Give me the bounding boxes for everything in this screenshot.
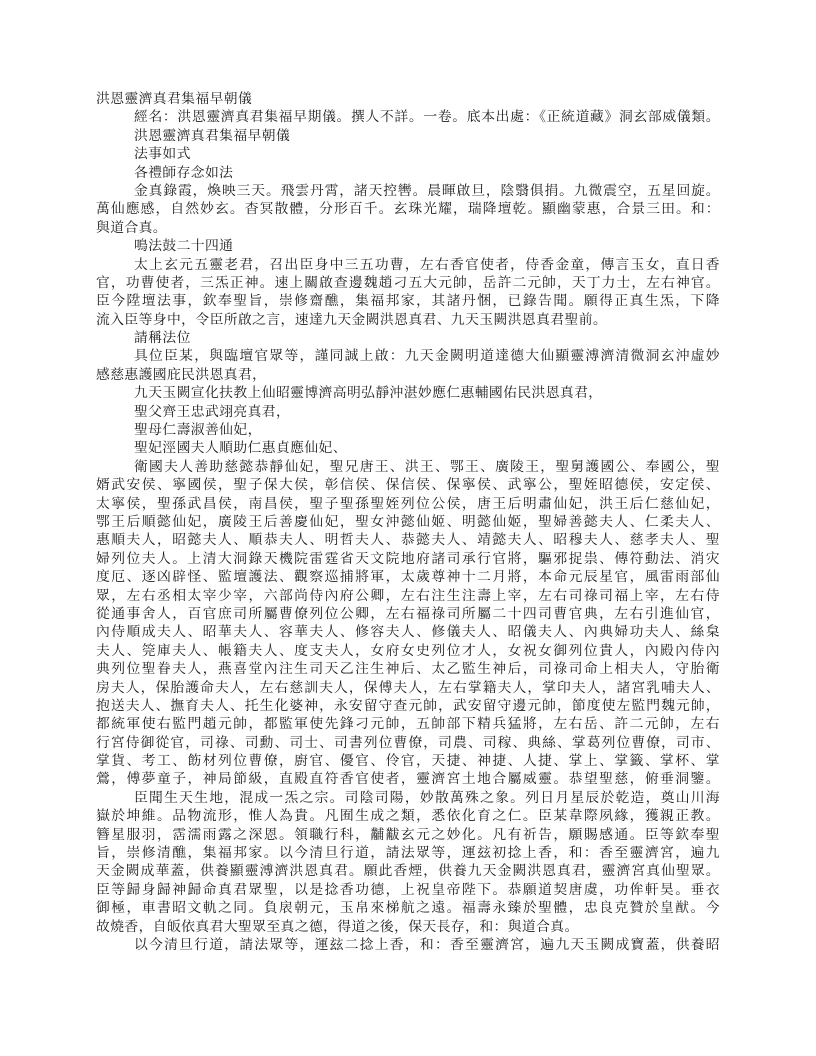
text-line: 夫人、筦庫夫人、帳籍夫人、度支夫人，女府女史列位才人，女祝女御列位貴人，內殿內侍… (96, 642, 720, 660)
text-line: 掌貨、考工、飭材列位曹僚，廚官、優官、伶官，天捷、神捷、人捷、掌上、掌籤、掌杯、… (96, 752, 720, 770)
text-line: 聖母仁壽淑善仙妃， (96, 421, 720, 439)
text-line: 金真錄霞，煥映三天。飛雲丹霄，諸天控轡。晨暉啟旦，陰翳俱捐。九微震空，五星回旋。 (96, 182, 720, 200)
text-line: 各禮師存念如法 (96, 164, 720, 182)
text-line: 內侍順成夫人、昭華夫人、容華夫人、修容夫人、修儀夫人、昭儀夫人、內典婦功夫人、絲… (96, 623, 720, 641)
text-line: 典列位聖眷夫人，燕喜堂內注生司天乙注生神后、太乙監生神后，司祿司命上相夫人，守胎… (96, 660, 720, 678)
text-line: 法事如式 (96, 145, 720, 163)
text-line: 婦列位夫人。上清大洞錄天機院雷霆省天文院地府諸司承行官將，驅邪捉祟、傳符動法、消… (96, 550, 720, 568)
text-line: 官，功曹使者，三炁正神。速上關啟查邊魏趙刁五大元帥，岳許二元帥，天丁力士，左右神… (96, 274, 720, 292)
page-text-block: 洪恩靈濟真君集福早朝儀經名：洪恩靈濟真君集福早期儀。撰人不詳。一卷。底本出處：《… (96, 90, 720, 954)
text-line: 太寧侯，聖孫武昌侯，南昌侯，聖子聖孫聖姪列位公侯，唐王后明肅仙妃，洪王后仁慈仙妃… (96, 495, 720, 513)
text-line: 惠順夫人，昭懿夫人、順恭夫人、明哲夫人、恭懿夫人、靖懿夫人、昭穆夫人、慈孝夫人、… (96, 531, 720, 549)
text-line: 衛國夫人善助慈懿恭靜仙妃，聖兄唐王、洪王、鄂王、廣陵王，聖舅護國公、奉國公，聖 (96, 458, 720, 476)
text-line: 度厄、逐凶辟怪、監壇護法、觀察巡捕將軍，太歲尊神十二月將，本命元辰星官，風雷雨部… (96, 568, 720, 586)
text-line: 太上玄元五靈老君，召出臣身中三五功曹，左右香官使者，侍香金童，傳言玉女，直日香 (96, 256, 720, 274)
text-line: 萬仙應感，自然妙玄。杳冥散體，分形百千。玄珠光耀，瑞降壇乾。顯幽蒙惠，合景三田。… (96, 200, 720, 218)
text-line: 以今清旦行道，請法眾等，運玆二捻上香，和：香至靈濟宮，遍九天玉闕成寶蓋，供養昭 (96, 936, 720, 954)
text-line: 九天玉闕宣化扶教上仙昭靈博濟高明弘靜沖湛妙應仁惠輔國佑民洪恩真君， (96, 384, 720, 402)
text-line: 請稱法位 (96, 329, 720, 347)
text-line: 流入臣等身中，令臣所啟之言，速達九天金闕洪恩真君、九天玉闕洪恩真君聖前。 (96, 311, 720, 329)
text-line: 房夫人，保胎護命夫人，左右慈訓夫人，保傅夫人，左右掌籍夫人，掌印夫人，諸宮乳哺夫… (96, 679, 720, 697)
text-line: 聖父齊王忠武翊亮真君， (96, 403, 720, 421)
text-line: 從通事舍人，百官庶司所屬曹僚列位公卿，左右福祿司所屬二十四司曹官典，左右引進仙官… (96, 605, 720, 623)
text-line: 眾，左右丞相太宰少宰，六部尚侍內府公卿，左右注生注壽上宰，左右司祿司福上宰，左右… (96, 587, 720, 605)
text-line: 故燒香，自皈依真君大聖眾至真之德，得道之後，保天長存，和：與道合真。 (96, 918, 720, 936)
text-line: 婿武安侯、寧國侯，聖子保大侯，彰信侯、保信侯、保寧侯、武寧公，聖姪昭德侯，安定侯… (96, 476, 720, 494)
text-line: 臣等歸身歸神歸命真君眾聖，以是捻香功德，上祝皇帝陛下。恭願道契唐虞，功侔軒昊。垂… (96, 881, 720, 899)
text-line: 鶯，傅夢童子，神局節級，直殿直符香官使者，靈濟宮土地合屬威靈。恭望聖慈，俯垂洞鑒… (96, 770, 720, 788)
text-line: 都統軍使右監門趙元帥，都監軍使先鋒刁元帥，五帥部下精兵猛將，左右岳、許二元帥，左… (96, 715, 720, 733)
text-line: 旨，崇修清醮，集福邦家。以今清旦行道，請法眾等，運玆初捻上香，和：香至靈濟宮，遍… (96, 844, 720, 862)
text-line: 嶽於坤維。品物流形，惟人為貴。凡囿生成之類，悉依化育之仁。臣某韋際夙緣，獲親正教… (96, 807, 720, 825)
text-line: 經名：洪恩靈濟真君集福早期儀。撰人不詳。一卷。底本出處：《正統道藏》洞玄部威儀類… (96, 108, 720, 126)
document-page: 洪恩靈濟真君集福早朝儀經名：洪恩靈濟真君集福早期儀。撰人不詳。一卷。底本出處：《… (0, 0, 816, 1056)
text-line: 具位臣某，與臨壇官眾等，謹同誠上啟：九天金闕明道達德大仙顯靈溥濟清微洞玄沖虛妙 (96, 347, 720, 365)
text-line: 天金闕成華蓋，供養顯靈溥濟洪恩真君。願此香煙，供養九天金闕洪恩真君，靈濟宮真仙聖… (96, 862, 720, 880)
text-line: 聖妃涇國夫人順助仁惠貞應仙妃、 (96, 439, 720, 457)
text-line: 與道合真。 (96, 219, 720, 237)
text-line: 洪恩靈濟真君集福早朝儀 (96, 127, 720, 145)
text-line: 簪星服羽，霑濡雨露之深恩。領職行科，黼黻玄元之妙化。凡有祈告，願賜感通。臣等欽奉… (96, 826, 720, 844)
text-line: 御極，車書昭文軌之同。負扆朝元，玉帛來梯航之遠。福壽永臻於聖體，忠良克贊於皇猷。… (96, 899, 720, 917)
text-line: 抱送夫人、撫育夫人、托生化婆神，永安留守查元帥，武安留守邊元帥，節度使左監門魏元… (96, 697, 720, 715)
text-line: 行宮侍御從官，司祿、司勳、司士、司書列位曹僚，司農、司稼、典絲、掌葛列位曹僚，司… (96, 734, 720, 752)
document-title-line: 洪恩靈濟真君集福早朝儀 (96, 90, 720, 108)
text-line: 鄂王后順懿仙妃，廣陵王后善慶仙妃，聖女沖懿仙姬、明懿仙姬，聖婦善懿夫人、仁柔夫人… (96, 513, 720, 531)
text-line: 臣今陞壇法事，欽奉聖旨，崇修齋醮，集福邦家，其諸丹悃，已錄告聞。願得正真生炁，下… (96, 292, 720, 310)
text-line: 臣聞生天生地，混成一炁之宗。司陰司陽，妙散萬殊之象。列日月星辰於乾造，奠山川海 (96, 789, 720, 807)
text-line: 鳴法鼓二十四通 (96, 237, 720, 255)
text-line: 感慈惠護國庇民洪恩真君， (96, 366, 720, 384)
